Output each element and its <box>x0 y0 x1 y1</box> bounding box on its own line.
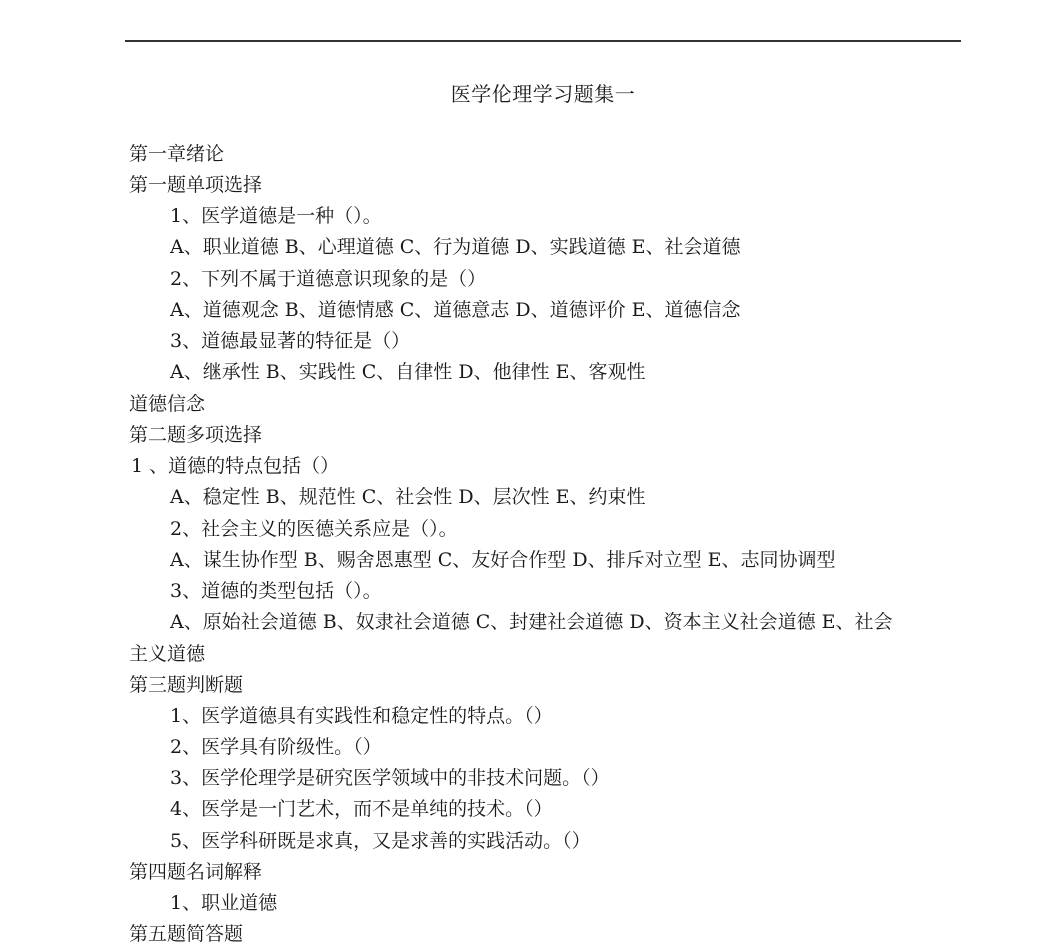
document-title: 医学伦理学习题集一 <box>0 78 1050 107</box>
question-text: 2、医学具有阶级性。（） <box>170 735 382 759</box>
question-text: 1、医学道德具有实践性和稳定性的特点。（） <box>170 704 553 728</box>
answer-options: A、原始社会道德 B、奴隶社会道德 C、封建社会道德 D、资本主义社会道德 E、… <box>170 610 893 634</box>
question-text: 2、下列不属于道德意识现象的是（） <box>170 267 486 291</box>
answer-options: A、稳定性 B、规范性 C、社会性 D、层次性 E、约束性 <box>170 485 645 509</box>
section-heading-multiple-choice: 第二题多项选择 <box>129 423 262 447</box>
question-text: 1、医学道德是一种（）。 <box>170 204 382 228</box>
question-text: 3、道德最显著的特征是（） <box>170 329 410 353</box>
answer-options: A、职业道德 B、心理道德 C、行为道德 D、实践道德 E、社会道德 <box>170 235 740 259</box>
question-text: 4、医学是一门艺术，而不是单纯的技术。（） <box>170 797 553 821</box>
section-heading-term-definition: 第四题名词解释 <box>129 860 262 884</box>
question-text: 1、职业道德 <box>170 891 277 915</box>
answer-options: A、继承性 B、实践性 C、自律性 D、他律性 E、客观性 <box>170 360 645 384</box>
answer-options: A、谋生协作型 B、赐舍恩惠型 C、友好合作型 D、排斥对立型 E、志同协调型 <box>170 548 835 572</box>
answer-options-continued: 主义道德 <box>129 642 205 666</box>
question-text: 5、医学科研既是求真，又是求善的实践活动。（） <box>170 829 591 853</box>
question-text: 3、道德的类型包括（）。 <box>170 579 382 603</box>
section-heading-single-choice: 第一题单项选择 <box>129 173 262 197</box>
answer-options: A、道德观念 B、道德情感 C、道德意志 D、道德评价 E、道德信念 <box>170 298 740 322</box>
stray-text: 道德信念 <box>129 392 205 416</box>
section-heading-short-answer: 第五题简答题 <box>129 922 243 946</box>
question-text: 2、社会主义的医德关系应是（）。 <box>170 517 458 541</box>
question-text: 3、医学伦理学是研究医学领域中的非技术问题。（） <box>170 766 610 790</box>
section-heading-true-false: 第三题判断题 <box>129 673 243 697</box>
header-rule <box>125 40 961 42</box>
chapter-heading: 第一章绪论 <box>129 142 224 166</box>
question-text: 1 、道德的特点包括（） <box>131 454 339 478</box>
